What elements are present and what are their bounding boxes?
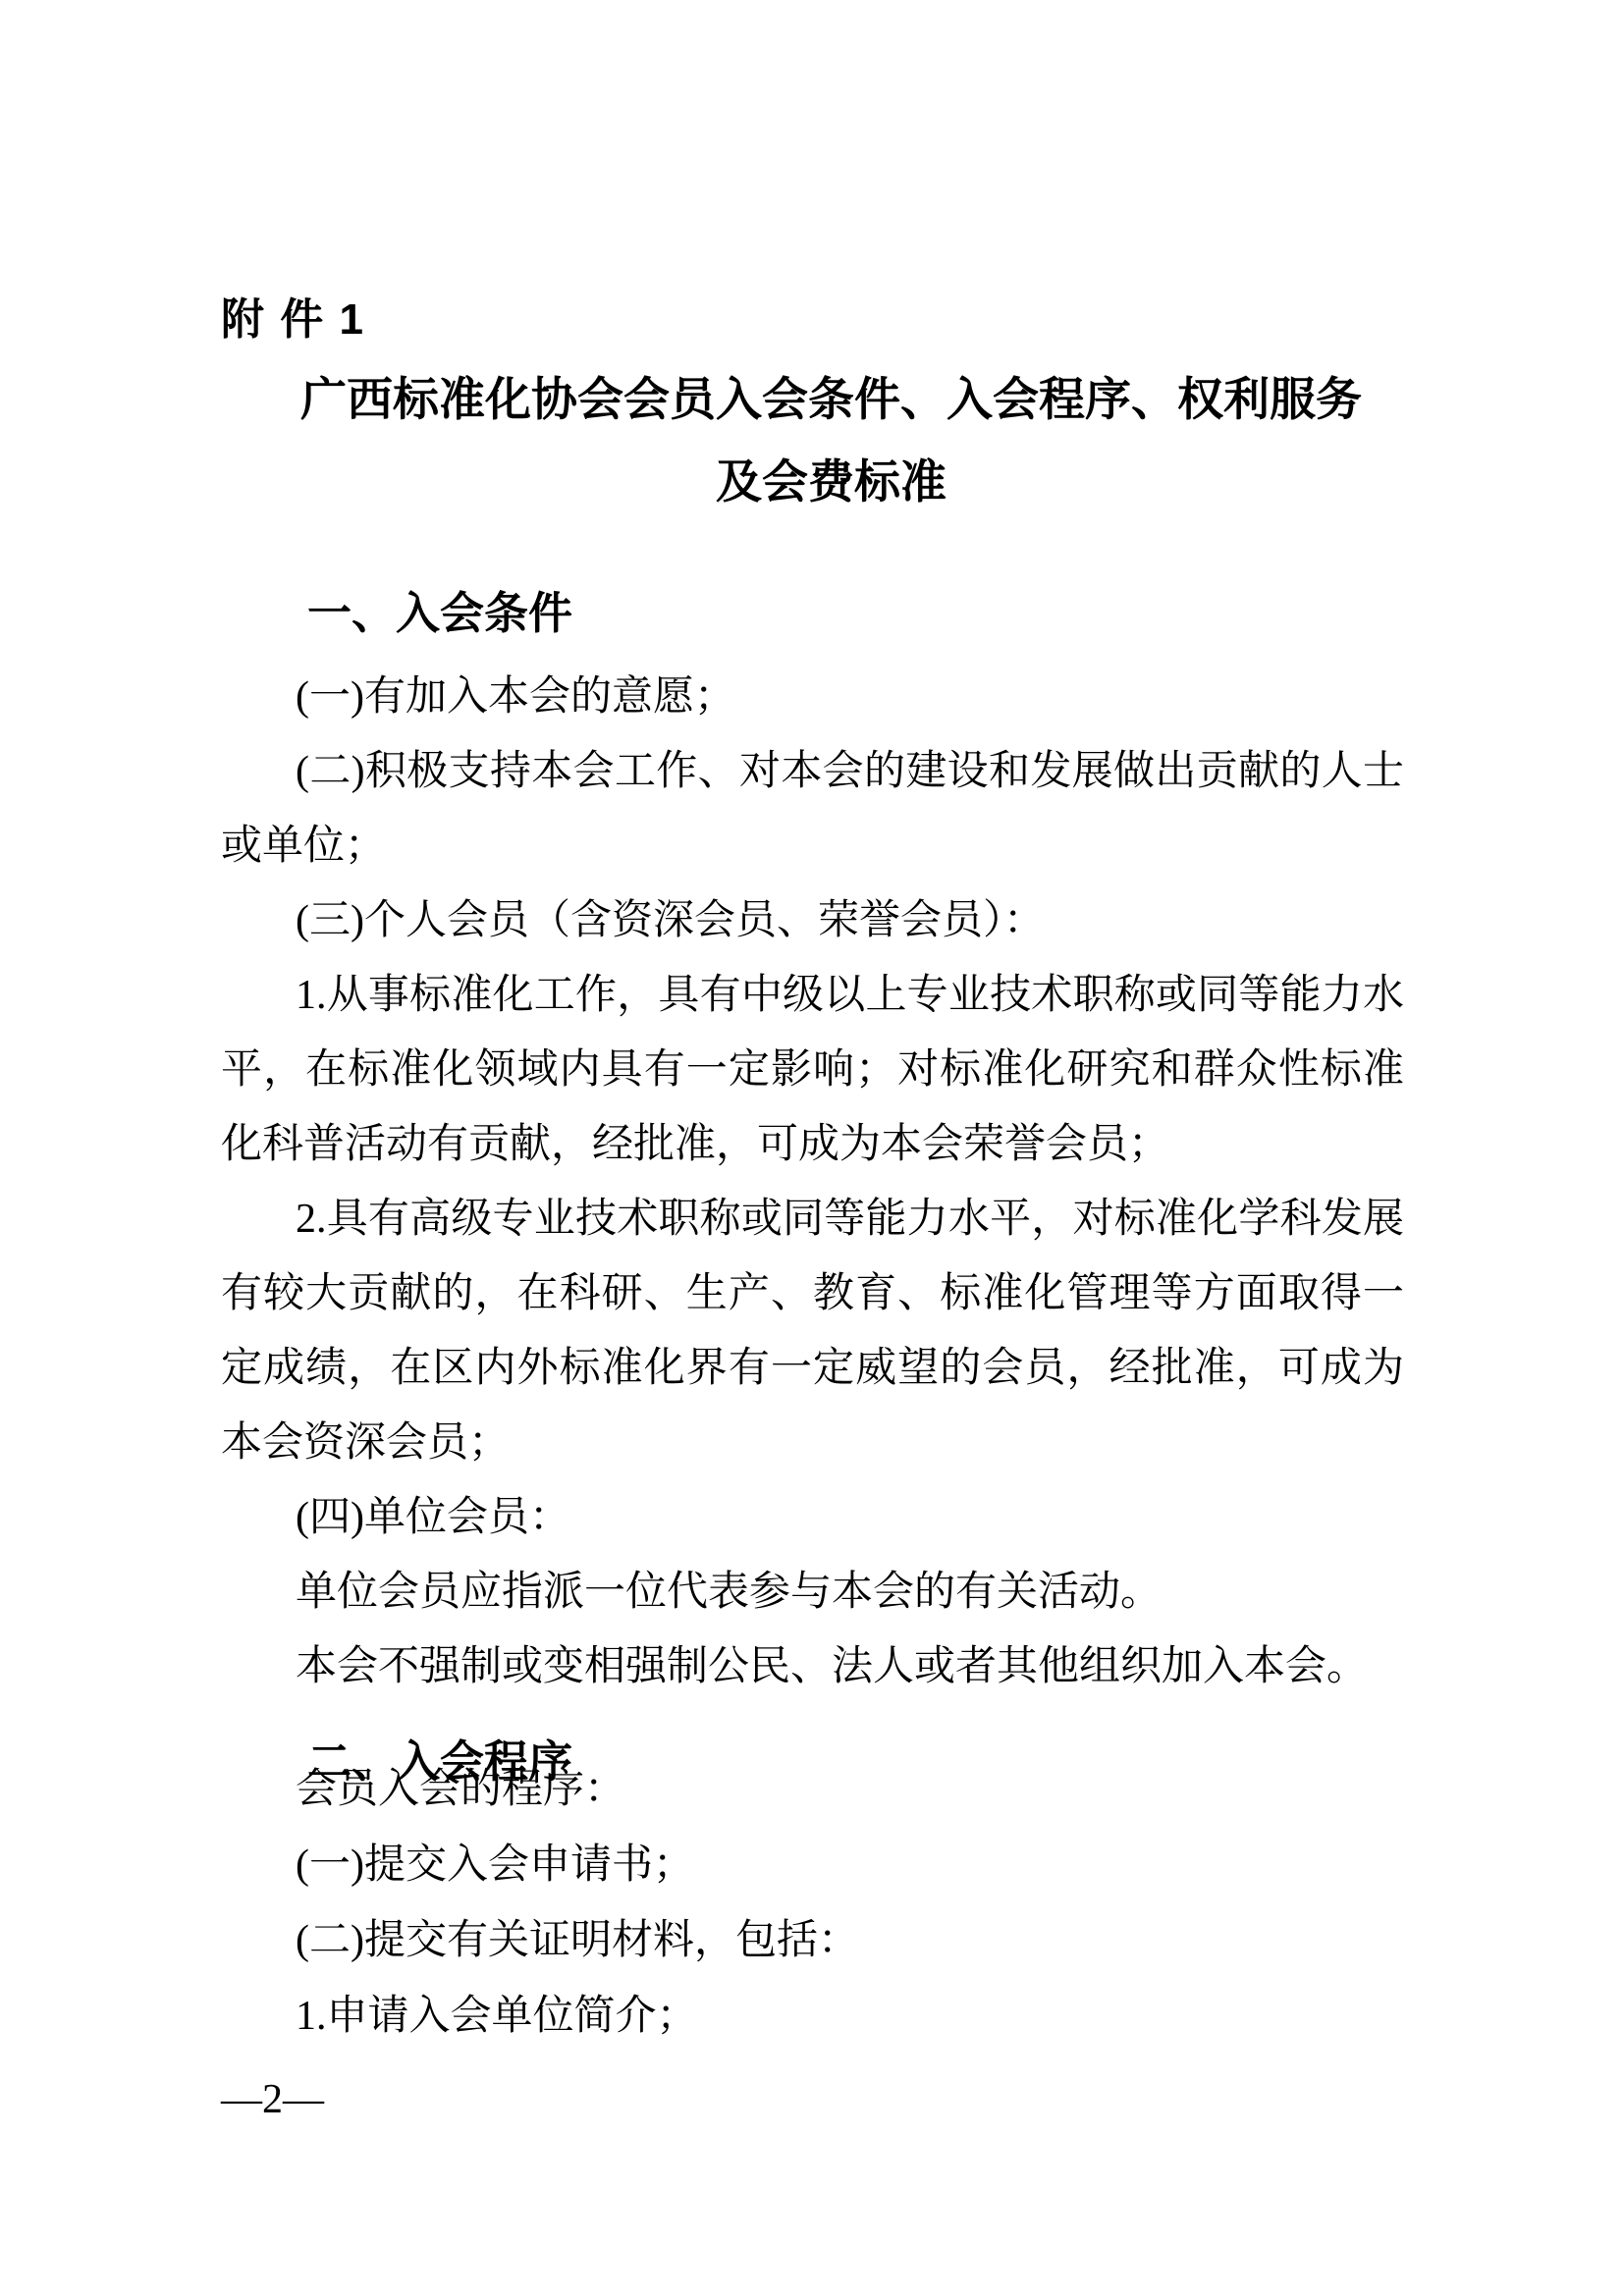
document-title-line-1: 广西标准化协会会员入会条件、入会程序、权利服务 [241,376,1422,422]
paragraph: (二)提交有关证明材料，包括： [221,1903,1404,1979]
paragraph: 会员入会的程序： [221,1752,1404,1828]
paragraph: (四)单位会员： [221,1480,1404,1555]
section-heading-membership-conditions: 一、入会条件 [221,591,1404,635]
paragraph: 本会不强制或变相强制公民、法人或者其他组织加入本会。 [221,1629,1404,1704]
paragraph: (二)积极支持本会工作、对本会的建设和发展做出贡献的人士或单位； [221,734,1404,883]
paragraph: (一)提交入会申请书； [221,1828,1404,1903]
paragraph: (三)个人会员（含资深会员、荣誉会员）： [221,883,1404,958]
paragraph: 1.从事标准化工作，具有中级以上专业技术职称或同等能力水平，在标准化领域内具有一… [221,958,1404,1182]
section-membership-conditions: (一)有加入本会的意愿； (二)积极支持本会工作、对本会的建设和发展做出贡献的人… [221,660,1404,1704]
page-number: —2— [221,2079,324,2120]
paragraph: 1.申请入会单位简介； [221,1979,1404,2055]
section-membership-procedure: 会员入会的程序： (一)提交入会申请书； (二)提交有关证明材料，包括： 1.申… [221,1752,1404,2055]
paragraph: (一)有加入本会的意愿； [221,660,1404,734]
paragraph: 单位会员应指派一位代表参与本会的有关活动。 [221,1555,1404,1629]
document-title-line-2: 及会费标准 [241,458,1422,505]
attachment-label: 附 件 1 [221,298,365,342]
document-page: 附 件 1 广西标准化协会会员入会条件、入会程序、权利服务 及会费标准 一、入会… [0,0,1623,2296]
paragraph: 2.具有高级专业技术职称或同等能力水平，对标准化学科发展有较大贡献的，在科研、生… [221,1182,1404,1480]
